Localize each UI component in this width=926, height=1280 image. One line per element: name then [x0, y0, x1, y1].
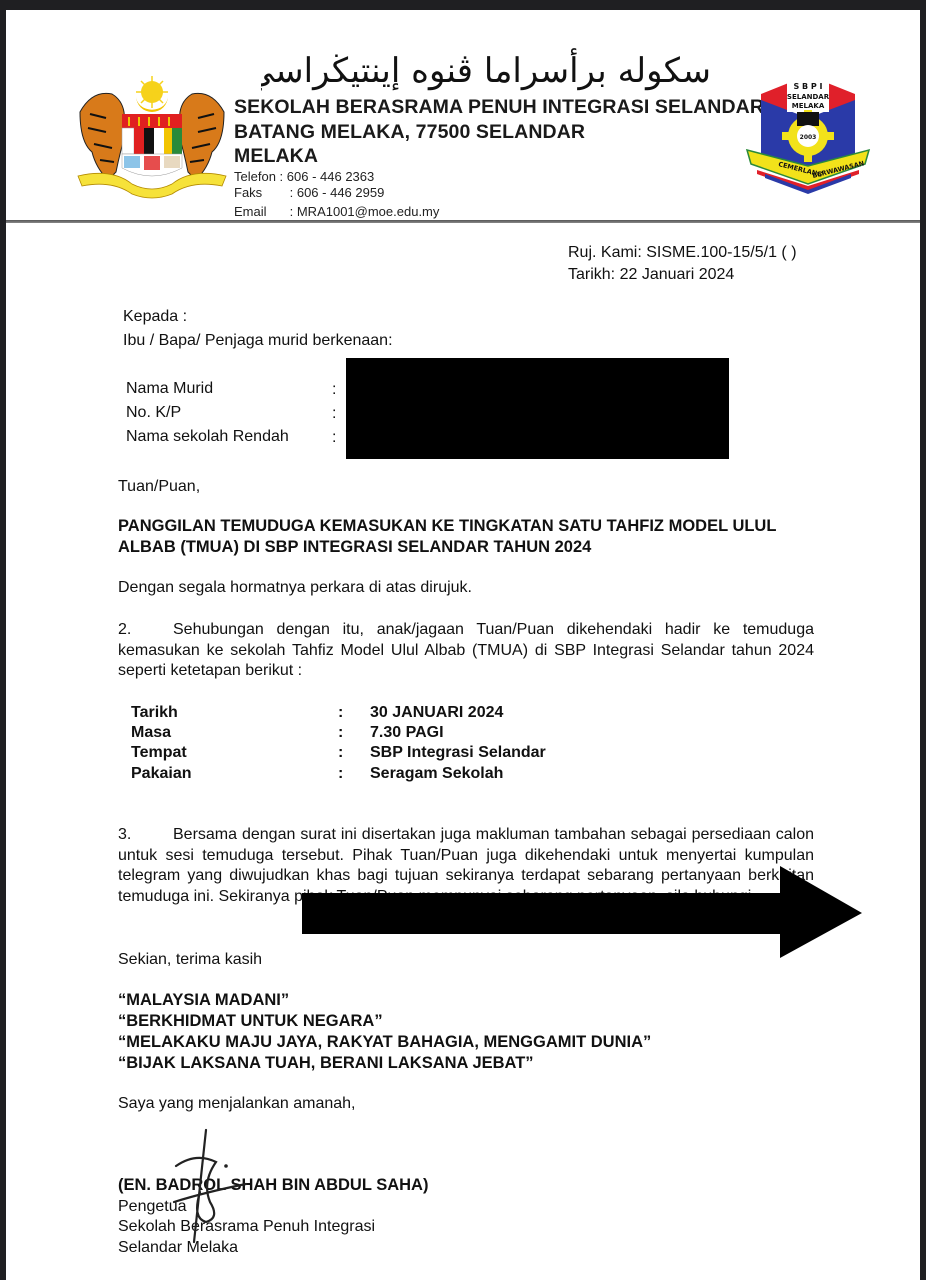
svg-text:2003: 2003 — [800, 134, 817, 141]
sbpi-school-logo-icon: S B P I SELANDAR MELAKA 2003 CEMERLANG B… — [743, 74, 873, 194]
motto-4: “BIJAK LAKSANA TUAH, BERANI LAKSANA JEBA… — [118, 1054, 534, 1073]
signatory-name: (EN. BADROL SHAH BIN ABDUL SAHA) — [118, 1176, 428, 1195]
detail-value-tarikh: 30 JANUARI 2024 — [370, 704, 503, 722]
letter-date: Tarikh: 22 Januari 2024 — [568, 266, 734, 284]
salutation: Tuan/Puan, — [118, 478, 200, 496]
signature-icon — [166, 1122, 266, 1262]
header-divider — [6, 220, 920, 223]
reference-number: Ruj. Kami: SISME.100-15/5/1 ( ) — [568, 244, 797, 262]
jawi-school-name: سکوله برأسراما ڤنوه إينتيڬراسي سلندر ملا… — [261, 48, 711, 94]
right-arrow-icon — [302, 850, 872, 970]
svg-text:MELAKA: MELAKA — [792, 102, 825, 110]
paragraph-2-number: 2. — [118, 620, 173, 641]
detail-colon: : — [338, 704, 343, 722]
detail-label-tempat: Tempat — [131, 744, 187, 762]
motto-1: “MALAYSIA MADANI” — [118, 991, 289, 1010]
telefon-value: : 606 - 446 2363 — [280, 169, 375, 184]
svg-text:S B P I: S B P I — [793, 82, 822, 91]
coat-of-arms-icon — [72, 72, 232, 202]
field-colon: : — [332, 381, 336, 399]
telefon-label: Telefon — [234, 169, 276, 184]
school-name-line-1: SEKOLAH BERASRAMA PENUH INTEGRASI SELAND… — [234, 96, 764, 119]
closing-line: Sekian, terima kasih — [118, 951, 262, 969]
svg-text:SELANDAR: SELANDAR — [787, 93, 830, 101]
detail-colon: : — [338, 765, 343, 783]
detail-colon: : — [338, 724, 343, 742]
signoff-line: Saya yang menjalankan amanah, — [118, 1095, 356, 1113]
kepada-label: Kepada : — [123, 308, 187, 326]
email-label: Email — [234, 204, 286, 219]
paragraph-3-number: 3. — [118, 825, 173, 846]
email-value: : MRA1001@moe.edu.my — [290, 204, 440, 219]
field-colon: : — [332, 405, 336, 423]
detail-value-masa: 7.30 PAGI — [370, 724, 444, 742]
motto-3: “MELAKAKU MAJU JAYA, RAKYAT BAHAGIA, MEN… — [118, 1033, 651, 1052]
field-colon: : — [332, 429, 336, 447]
detail-label-masa: Masa — [131, 724, 171, 742]
paragraph-1: Dengan segala hormatnya perkara di atas … — [118, 579, 472, 597]
paragraph-2-text: Sehubungan dengan itu, anak/jagaan Tuan/… — [118, 621, 814, 679]
faks-label: Faks — [234, 185, 286, 200]
detail-value-pakaian: Seragam Sekolah — [370, 765, 503, 783]
school-name-line-3: MELAKA — [234, 145, 318, 168]
detail-label-tarikh: Tarikh — [131, 704, 178, 722]
detail-value-tempat: SBP Integrasi Selandar — [370, 744, 546, 762]
field-label-nama-murid: Nama Murid — [126, 380, 213, 398]
field-label-no-kp: No. K/P — [126, 404, 181, 422]
recipient-line: Ibu / Bapa/ Penjaga murid berkenaan: — [123, 332, 393, 350]
field-label-sekolah-rendah: Nama sekolah Rendah — [126, 428, 289, 446]
school-name-line-2: BATANG MELAKA, 77500 SELANDAR — [234, 121, 585, 144]
letter-subject: PANGGILAN TEMUDUGA KEMASUKAN KE TINGKATA… — [118, 516, 818, 558]
letter-page: سکوله برأسراما ڤنوه إينتيڬراسي سلندر ملا… — [6, 10, 920, 1280]
telefon-line: Telefon : 606 - 446 2363 — [234, 169, 374, 184]
detail-label-pakaian: Pakaian — [131, 765, 191, 783]
paragraph-2: 2.Sehubungan dengan itu, anak/jagaan Tua… — [118, 620, 814, 682]
motto-2: “BERKHIDMAT UNTUK NEGARA” — [118, 1012, 383, 1031]
faks-value: : 606 - 446 2959 — [290, 185, 385, 200]
redaction-box-recipient-details — [346, 358, 729, 459]
email-line: Email : MRA1001@moe.edu.my — [234, 204, 439, 219]
faks-line: Faks : 606 - 446 2959 — [234, 185, 384, 200]
detail-colon: : — [338, 744, 343, 762]
